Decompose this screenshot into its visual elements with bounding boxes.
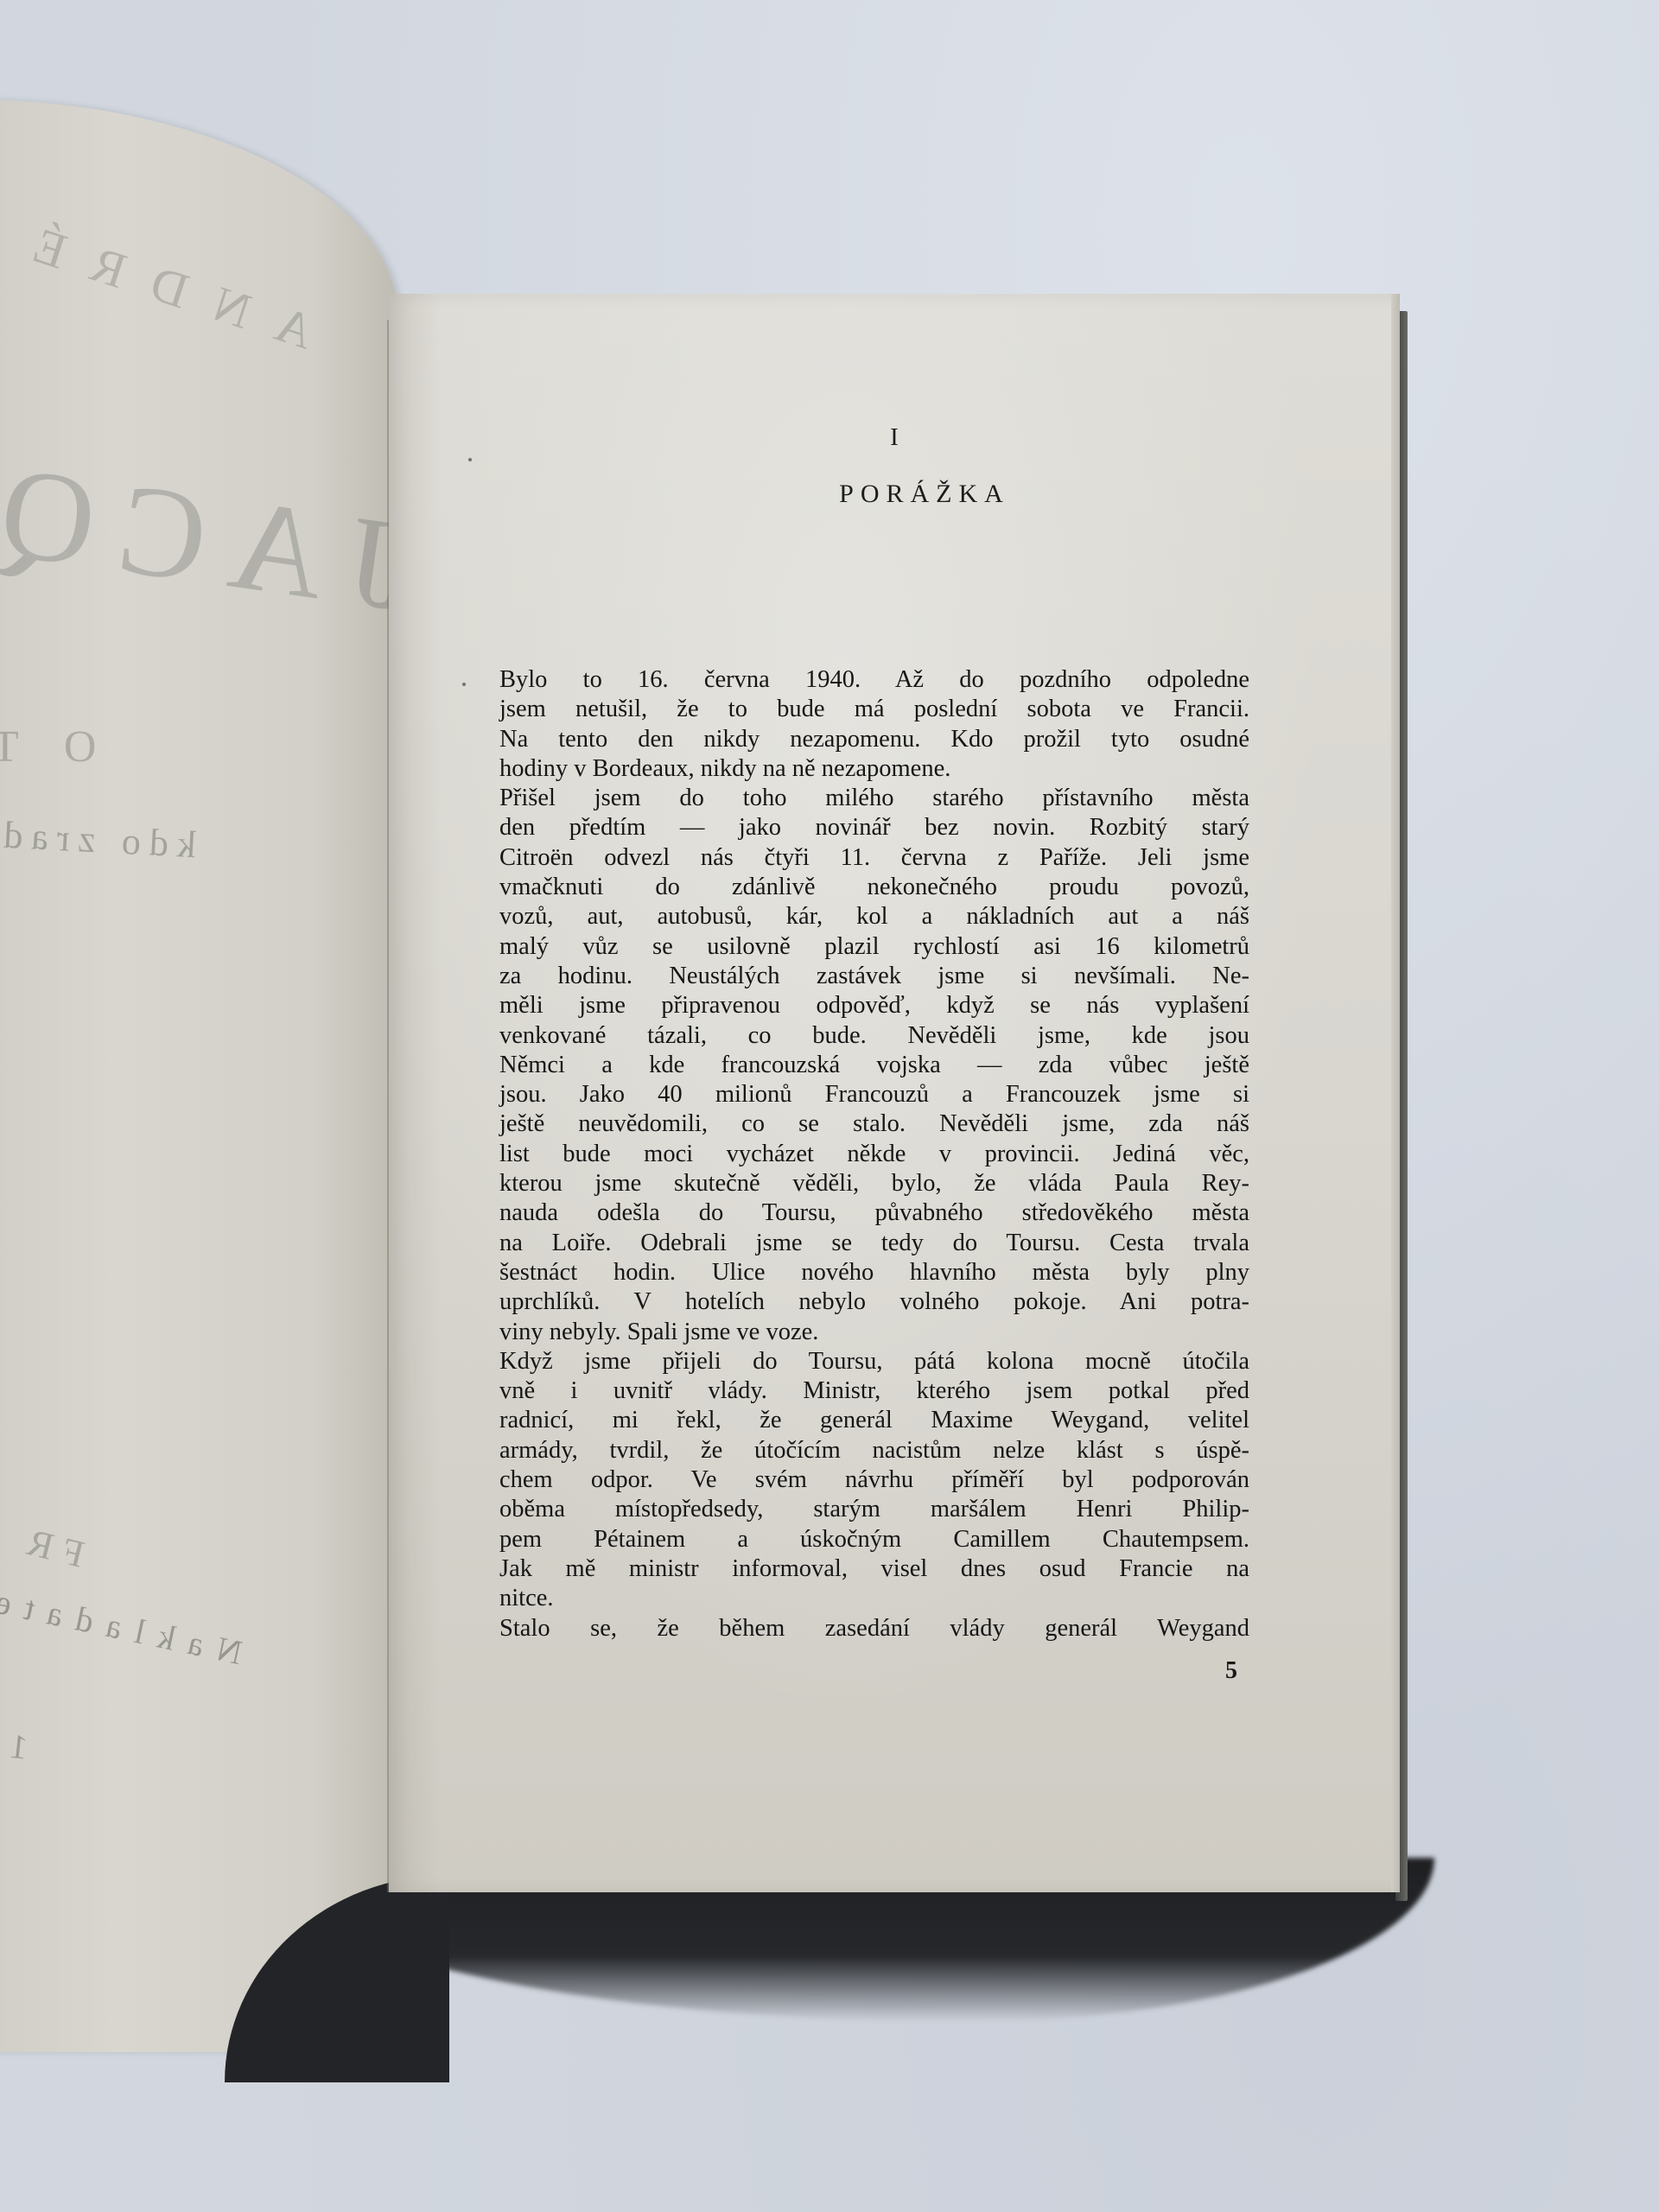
bleed-through-tagline: kdo zradil xyxy=(0,810,197,867)
book-gutter xyxy=(387,320,389,1892)
text-line: Němci a kde francouzská vojska — zda vůb… xyxy=(499,1051,1249,1080)
left-page: ANDRÉ JACQ O T kdo zradil FR Nakladatel … xyxy=(0,99,397,2052)
text-line: vně i uvnitř vlády. Ministr, kterého jse… xyxy=(499,1376,1249,1406)
text-line: chem odpor. Ve svém návrhu příměří byl p… xyxy=(499,1465,1249,1495)
bleed-through-publisher-3: 19 xyxy=(0,1720,29,1767)
text-line: nitce. xyxy=(499,1584,1249,1613)
paragraph-3: Když jsme přijeli do Toursu, pátá kolona… xyxy=(499,1347,1249,1614)
text-line: pem Pétainem a úskočným Camillem Chautem… xyxy=(499,1525,1249,1554)
text-line: armády, tvrdil, že útočícím nacistům nel… xyxy=(499,1436,1249,1465)
paragraph-1: Bylo to 16. června 1940. Až do pozdního … xyxy=(499,665,1249,784)
right-page: I PORÁŽKA Bylo to 16. června 1940. Až do… xyxy=(389,294,1400,1892)
text-line: vozů, aut, autobusů, kár, kol a nákladní… xyxy=(499,902,1249,931)
text-line: šestnáct hodin. Ulice nového hlavního mě… xyxy=(499,1258,1249,1287)
text-line: jsem netušil, že to bude má poslední sob… xyxy=(499,695,1249,724)
text-line: list bude moci vycházet někde v provinci… xyxy=(499,1140,1249,1169)
bleed-through-title: JACQ xyxy=(0,433,397,639)
text-line: Citroën odvezl nás čtyři 11. června z Pa… xyxy=(499,843,1249,873)
text-line: Když jsme přijeli do Toursu, pátá kolona… xyxy=(499,1347,1249,1376)
text-line: na Loiře. Odebrali jsme se tedy do Tours… xyxy=(499,1229,1249,1258)
bleed-through-subtitle: O T xyxy=(0,721,96,772)
text-line: oběma místopředsedy, starým maršálem Hen… xyxy=(499,1495,1249,1524)
paper-speck xyxy=(468,458,472,461)
bleed-through-author: ANDRÉ xyxy=(0,207,321,361)
text-line: kterou jsme skutečně věděli, bylo, že vl… xyxy=(499,1169,1249,1198)
text-line: ještě neuvědomili, co se stalo. Nevěděli… xyxy=(499,1109,1249,1139)
chapter-number: I xyxy=(389,423,1400,452)
paragraph-4: Stalo se, že během zasedání vlády generá… xyxy=(499,1614,1249,1643)
text-line: malý vůz se usilovně plazil rychlostí as… xyxy=(499,932,1249,962)
text-line: viny nebyly. Spali jsme ve voze. xyxy=(499,1318,1249,1347)
text-line: uprchlíků. V hotelích nebylo volného pok… xyxy=(499,1287,1249,1317)
text-line: venkované tázali, co bude. Nevěděli jsme… xyxy=(499,1021,1249,1051)
text-line: radnicí, mi řekl, že generál Maxime Weyg… xyxy=(499,1406,1249,1435)
text-line: měli jsme připravenou odpověď, když se n… xyxy=(499,991,1249,1020)
paragraph-2: Přišel jsem do toho milého starého příst… xyxy=(499,784,1249,1347)
paper-speck xyxy=(462,683,466,686)
bleed-through-publisher-2: Nakladatel xyxy=(0,1573,245,1673)
text-line: Stalo se, že během zasedání vlády generá… xyxy=(499,1614,1249,1643)
text-line: hodiny v Bordeaux, nikdy na ně nezapomen… xyxy=(499,754,1249,784)
text-line: Jak mě ministr informoval, visel dnes os… xyxy=(499,1554,1249,1584)
page-block-edge xyxy=(1391,294,1400,1892)
text-line: nauda odešla do Toursu, půvabného středo… xyxy=(499,1198,1249,1228)
text-line: Přišel jsem do toho milého starého příst… xyxy=(499,784,1249,813)
page-number: 5 xyxy=(1225,1657,1237,1685)
bleed-through-publisher-1: FR xyxy=(13,1517,89,1576)
text-line: Na tento den nikdy nezapomenu. Kdo proži… xyxy=(499,725,1249,754)
text-line: jsou. Jako 40 milionů Francouzů a Franco… xyxy=(499,1080,1249,1109)
text-line: Bylo to 16. června 1940. Až do pozdního … xyxy=(499,665,1249,695)
text-line: vmačknuti do zdánlivě nekonečného proudu… xyxy=(499,873,1249,902)
text-line: za hodinu. Neustálých zastávek jsme si n… xyxy=(499,962,1249,991)
chapter-body: Bylo to 16. června 1940. Až do pozdního … xyxy=(499,665,1249,1643)
chapter-title: PORÁŽKA xyxy=(389,480,1400,509)
text-line: den předtím — jako novinář bez novin. Ro… xyxy=(499,813,1249,842)
